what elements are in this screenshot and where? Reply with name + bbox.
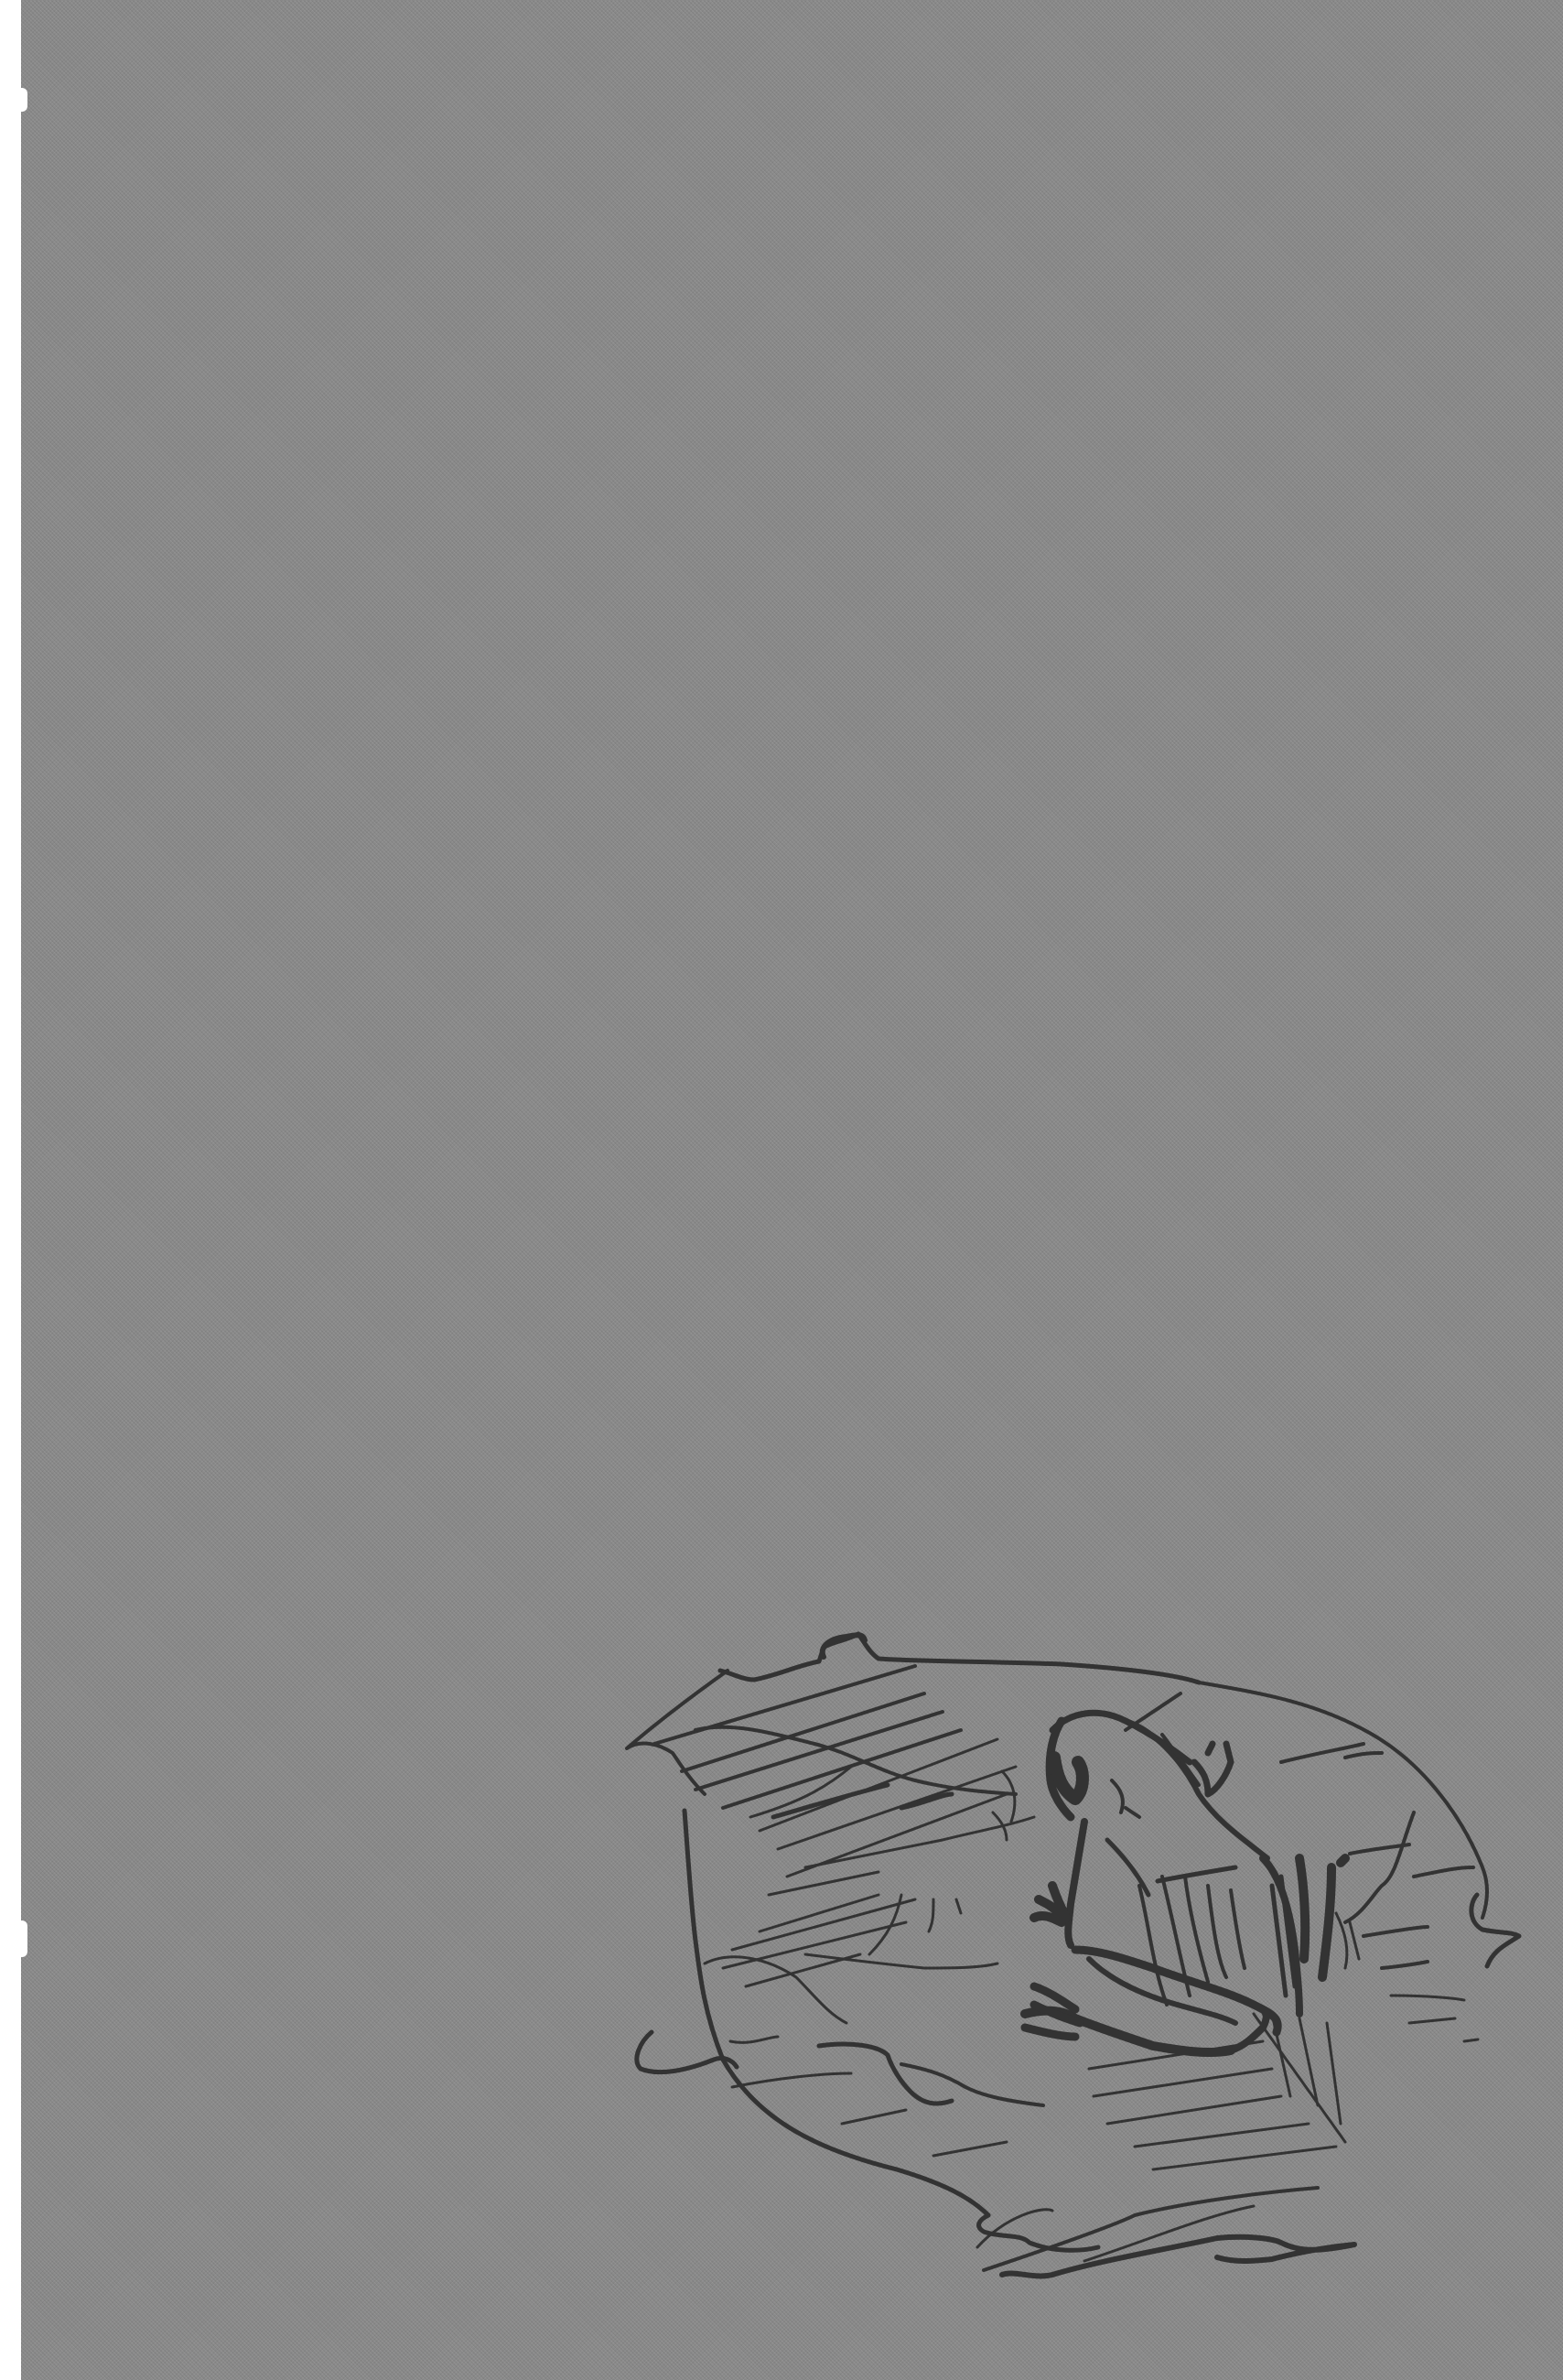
leaf-hatching (869, 1895, 961, 1954)
leaf-hatching (723, 1872, 915, 1986)
leaf-hatching (1391, 1996, 1478, 2041)
leaf-hatching (1345, 1812, 1414, 1922)
frog-eye (1054, 1758, 1083, 1799)
leaf-bottom-edge (979, 2215, 1098, 2250)
frog-front-arm (1068, 1822, 1084, 1945)
leaf-left-fold (627, 1671, 728, 1794)
leaf-hatching (1364, 1927, 1428, 1968)
frog-rear-leg (1075, 1950, 1277, 2032)
frog-drawing (1025, 1713, 1359, 2052)
leaf-hatching (773, 1785, 952, 1817)
leaf-right-edge (1199, 1682, 1487, 1918)
leaf-hatching (1126, 1693, 1382, 1762)
leaf-hatching (654, 1666, 961, 1808)
leaf-top-edge (720, 1634, 1199, 1682)
frog-snout (1112, 1780, 1139, 1817)
frog-upper-hand (1194, 1744, 1231, 1794)
leaf-bottom-stroke (1084, 2206, 1254, 2261)
leaf-hatching (805, 1817, 1034, 1867)
frog-back (1126, 1721, 1267, 1858)
leaf-hatching (1254, 2014, 1345, 2142)
leaf-hatching (1350, 1844, 1473, 1877)
leaf-right-notch (1471, 1895, 1519, 1966)
leaf-drawing (627, 1634, 1519, 2276)
leaf-vein (993, 1771, 1015, 1840)
leaf-bottom-tail (1002, 2237, 1354, 2277)
frog-on-leaf-sketch (0, 0, 1563, 2380)
leaf-hatching (1089, 2041, 1336, 2169)
frog-chest (1107, 1840, 1235, 1895)
leaf-segment (730, 2037, 778, 2042)
frog-front-hand (1034, 1886, 1066, 1922)
